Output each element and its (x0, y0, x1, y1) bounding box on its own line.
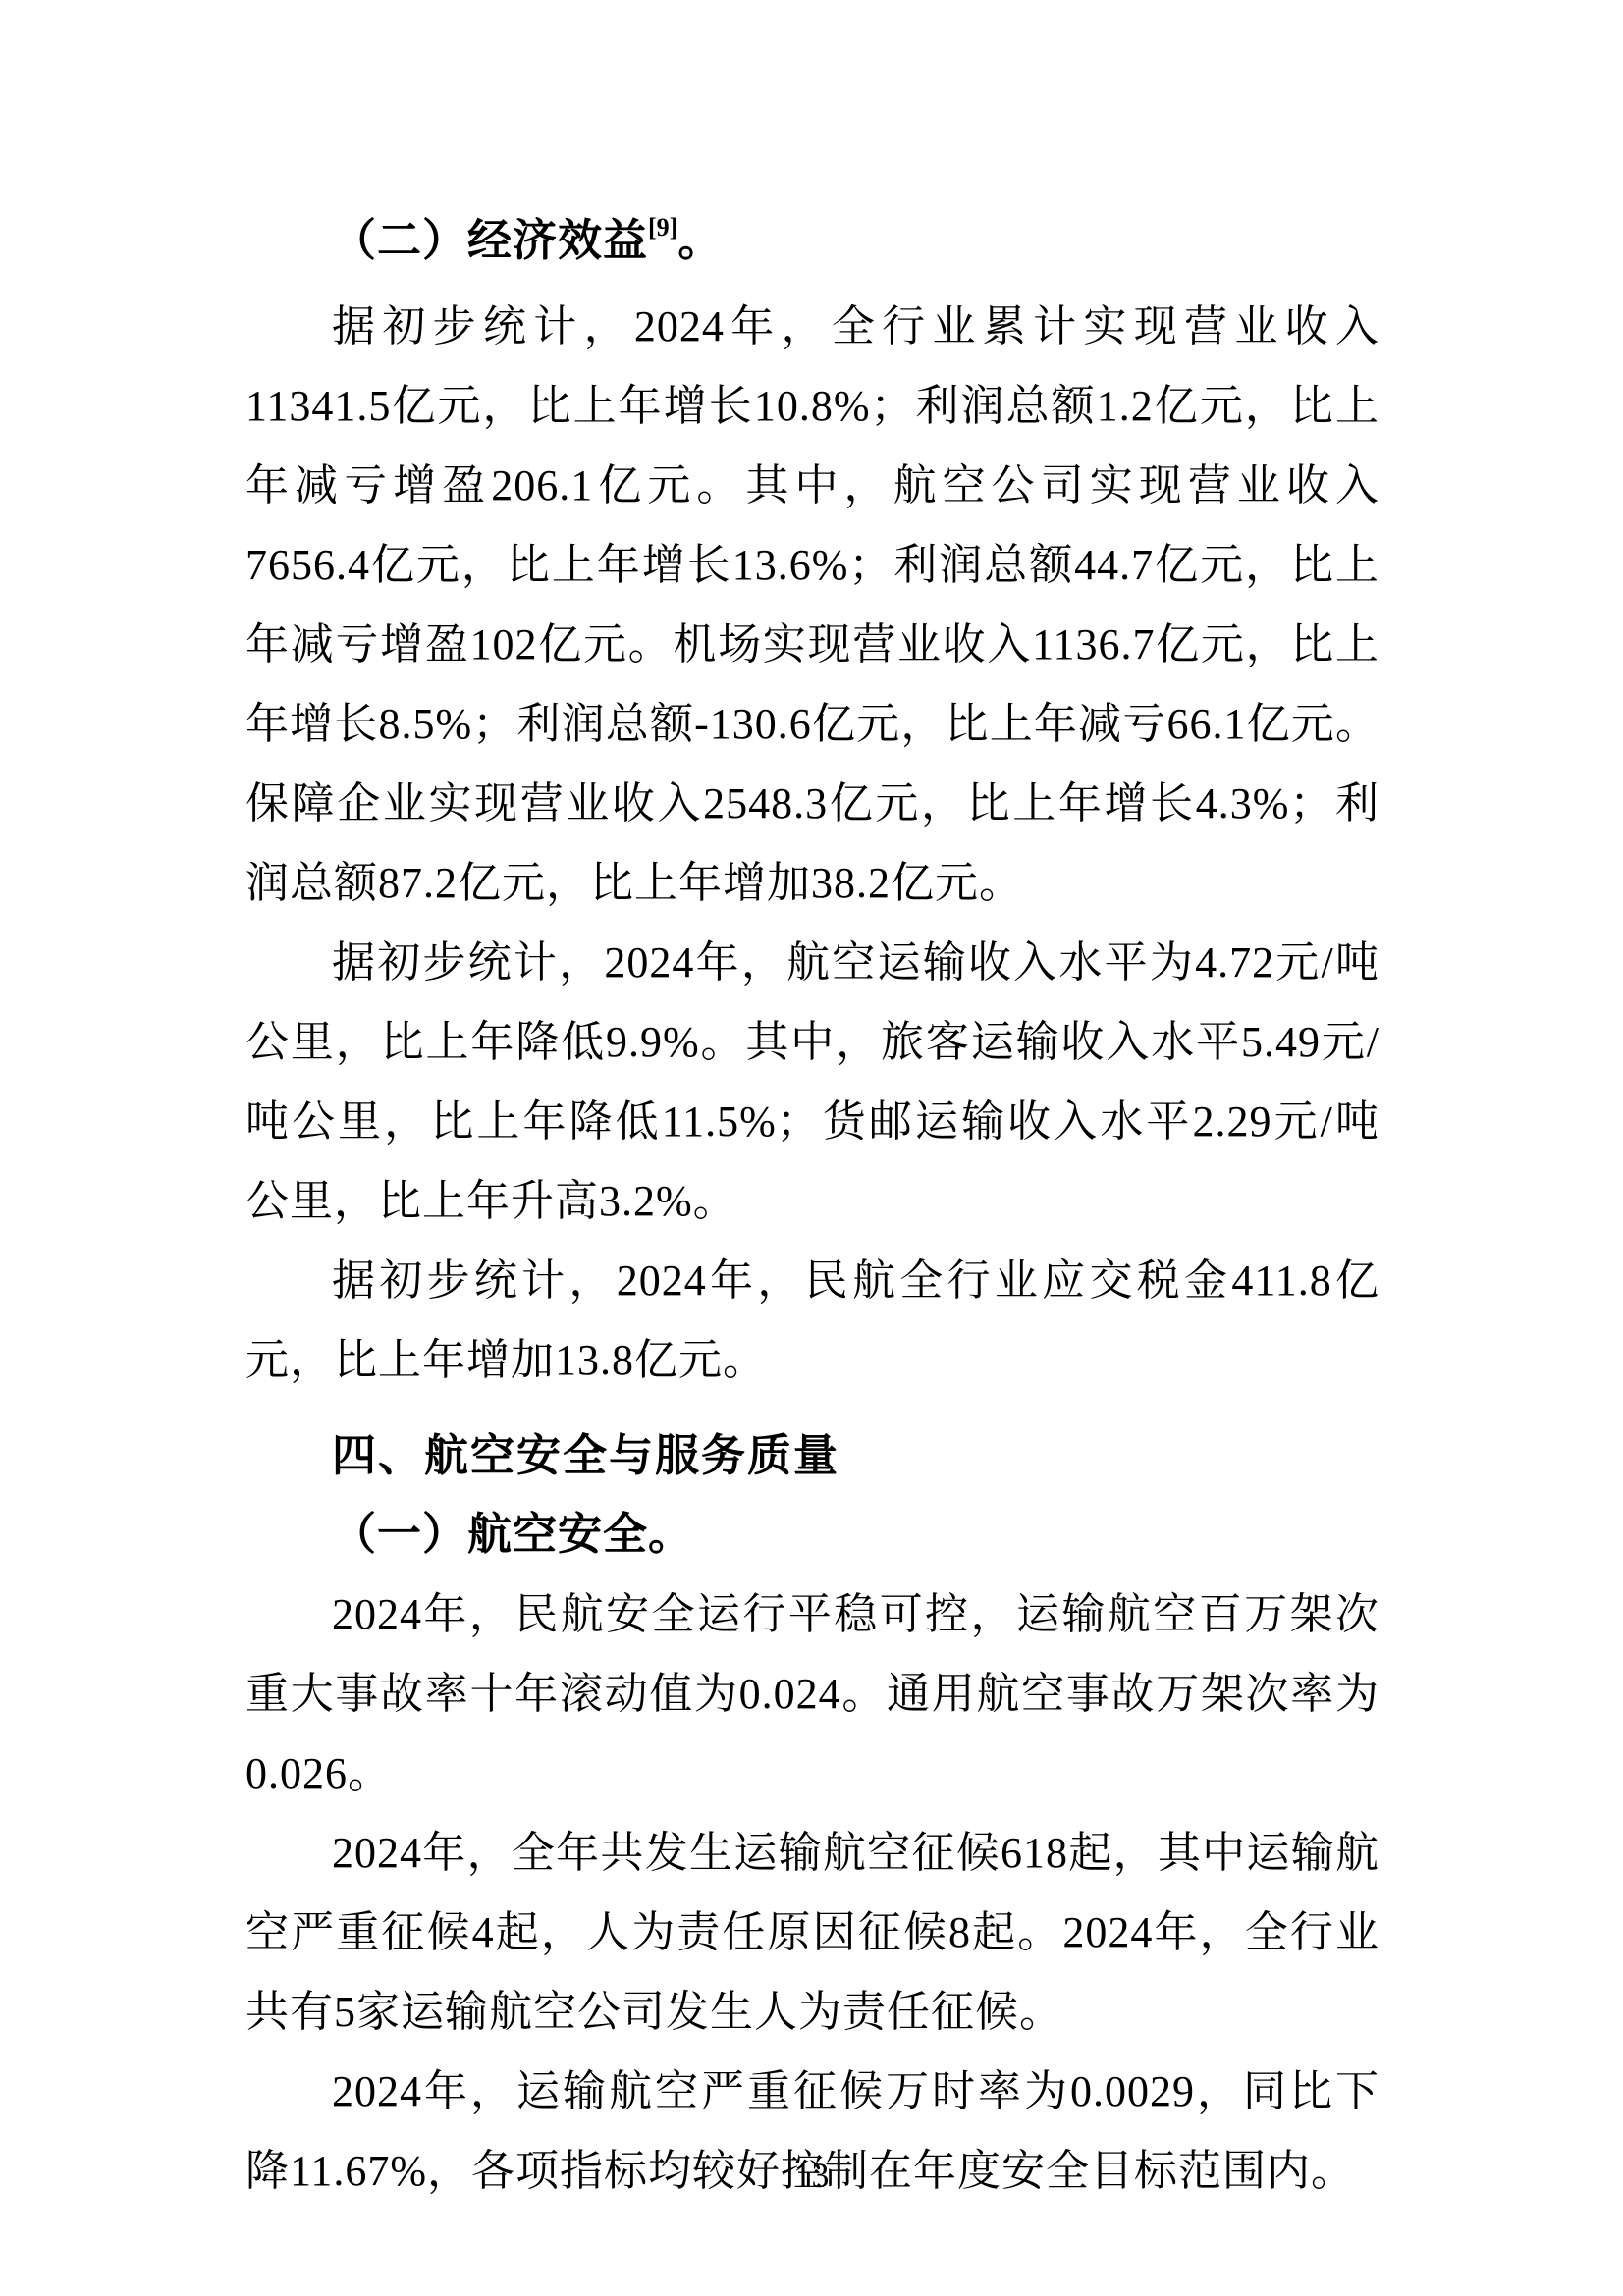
paragraph-industry-tax: 据初步统计，2024年，民航全行业应交税金411.8亿元，比上年增加13.8亿元… (245, 1241, 1380, 1400)
footnote-ref-9: [9] (648, 213, 677, 241)
heading-economic-benefits: （二）经济效益[9]。 (245, 201, 1380, 287)
heading-aviation-safety: （一）航空安全。 (245, 1495, 1380, 1575)
paragraph-industry-revenue: 据初步统计，2024年，全行业累计实现营业收入11341.5亿元，比上年增长10… (245, 287, 1380, 923)
paragraph-transport-unit-revenue: 据初步统计，2024年，航空运输收入水平为4.72元/吨公里，比上年降低9.9%… (245, 923, 1380, 1241)
page-content: （二）经济效益[9]。 据初步统计，2024年，全行业累计实现营业收入11341… (245, 201, 1380, 2211)
heading-economic-benefits-text: （二）经济效益 (332, 216, 648, 265)
document-page: （二）经济效益[9]。 据初步统计，2024年，全行业累计实现营业收入11341… (0, 0, 1623, 2296)
paragraph-safety-overview: 2024年，民航安全运行平稳可控，运输航空百万架次重大事故率十年滚动值为0.02… (245, 1575, 1380, 1813)
heading-aviation-safety-and-service-quality: 四、航空安全与服务质量 (245, 1415, 1380, 1495)
heading-economic-benefits-period: 。 (677, 216, 723, 265)
paragraph-incident-statistics: 2024年，全年共发生运输航空征候618起，其中运输航空严重征候4起，人为责任原… (245, 1813, 1380, 2052)
page-number: 13 (0, 2156, 1623, 2195)
